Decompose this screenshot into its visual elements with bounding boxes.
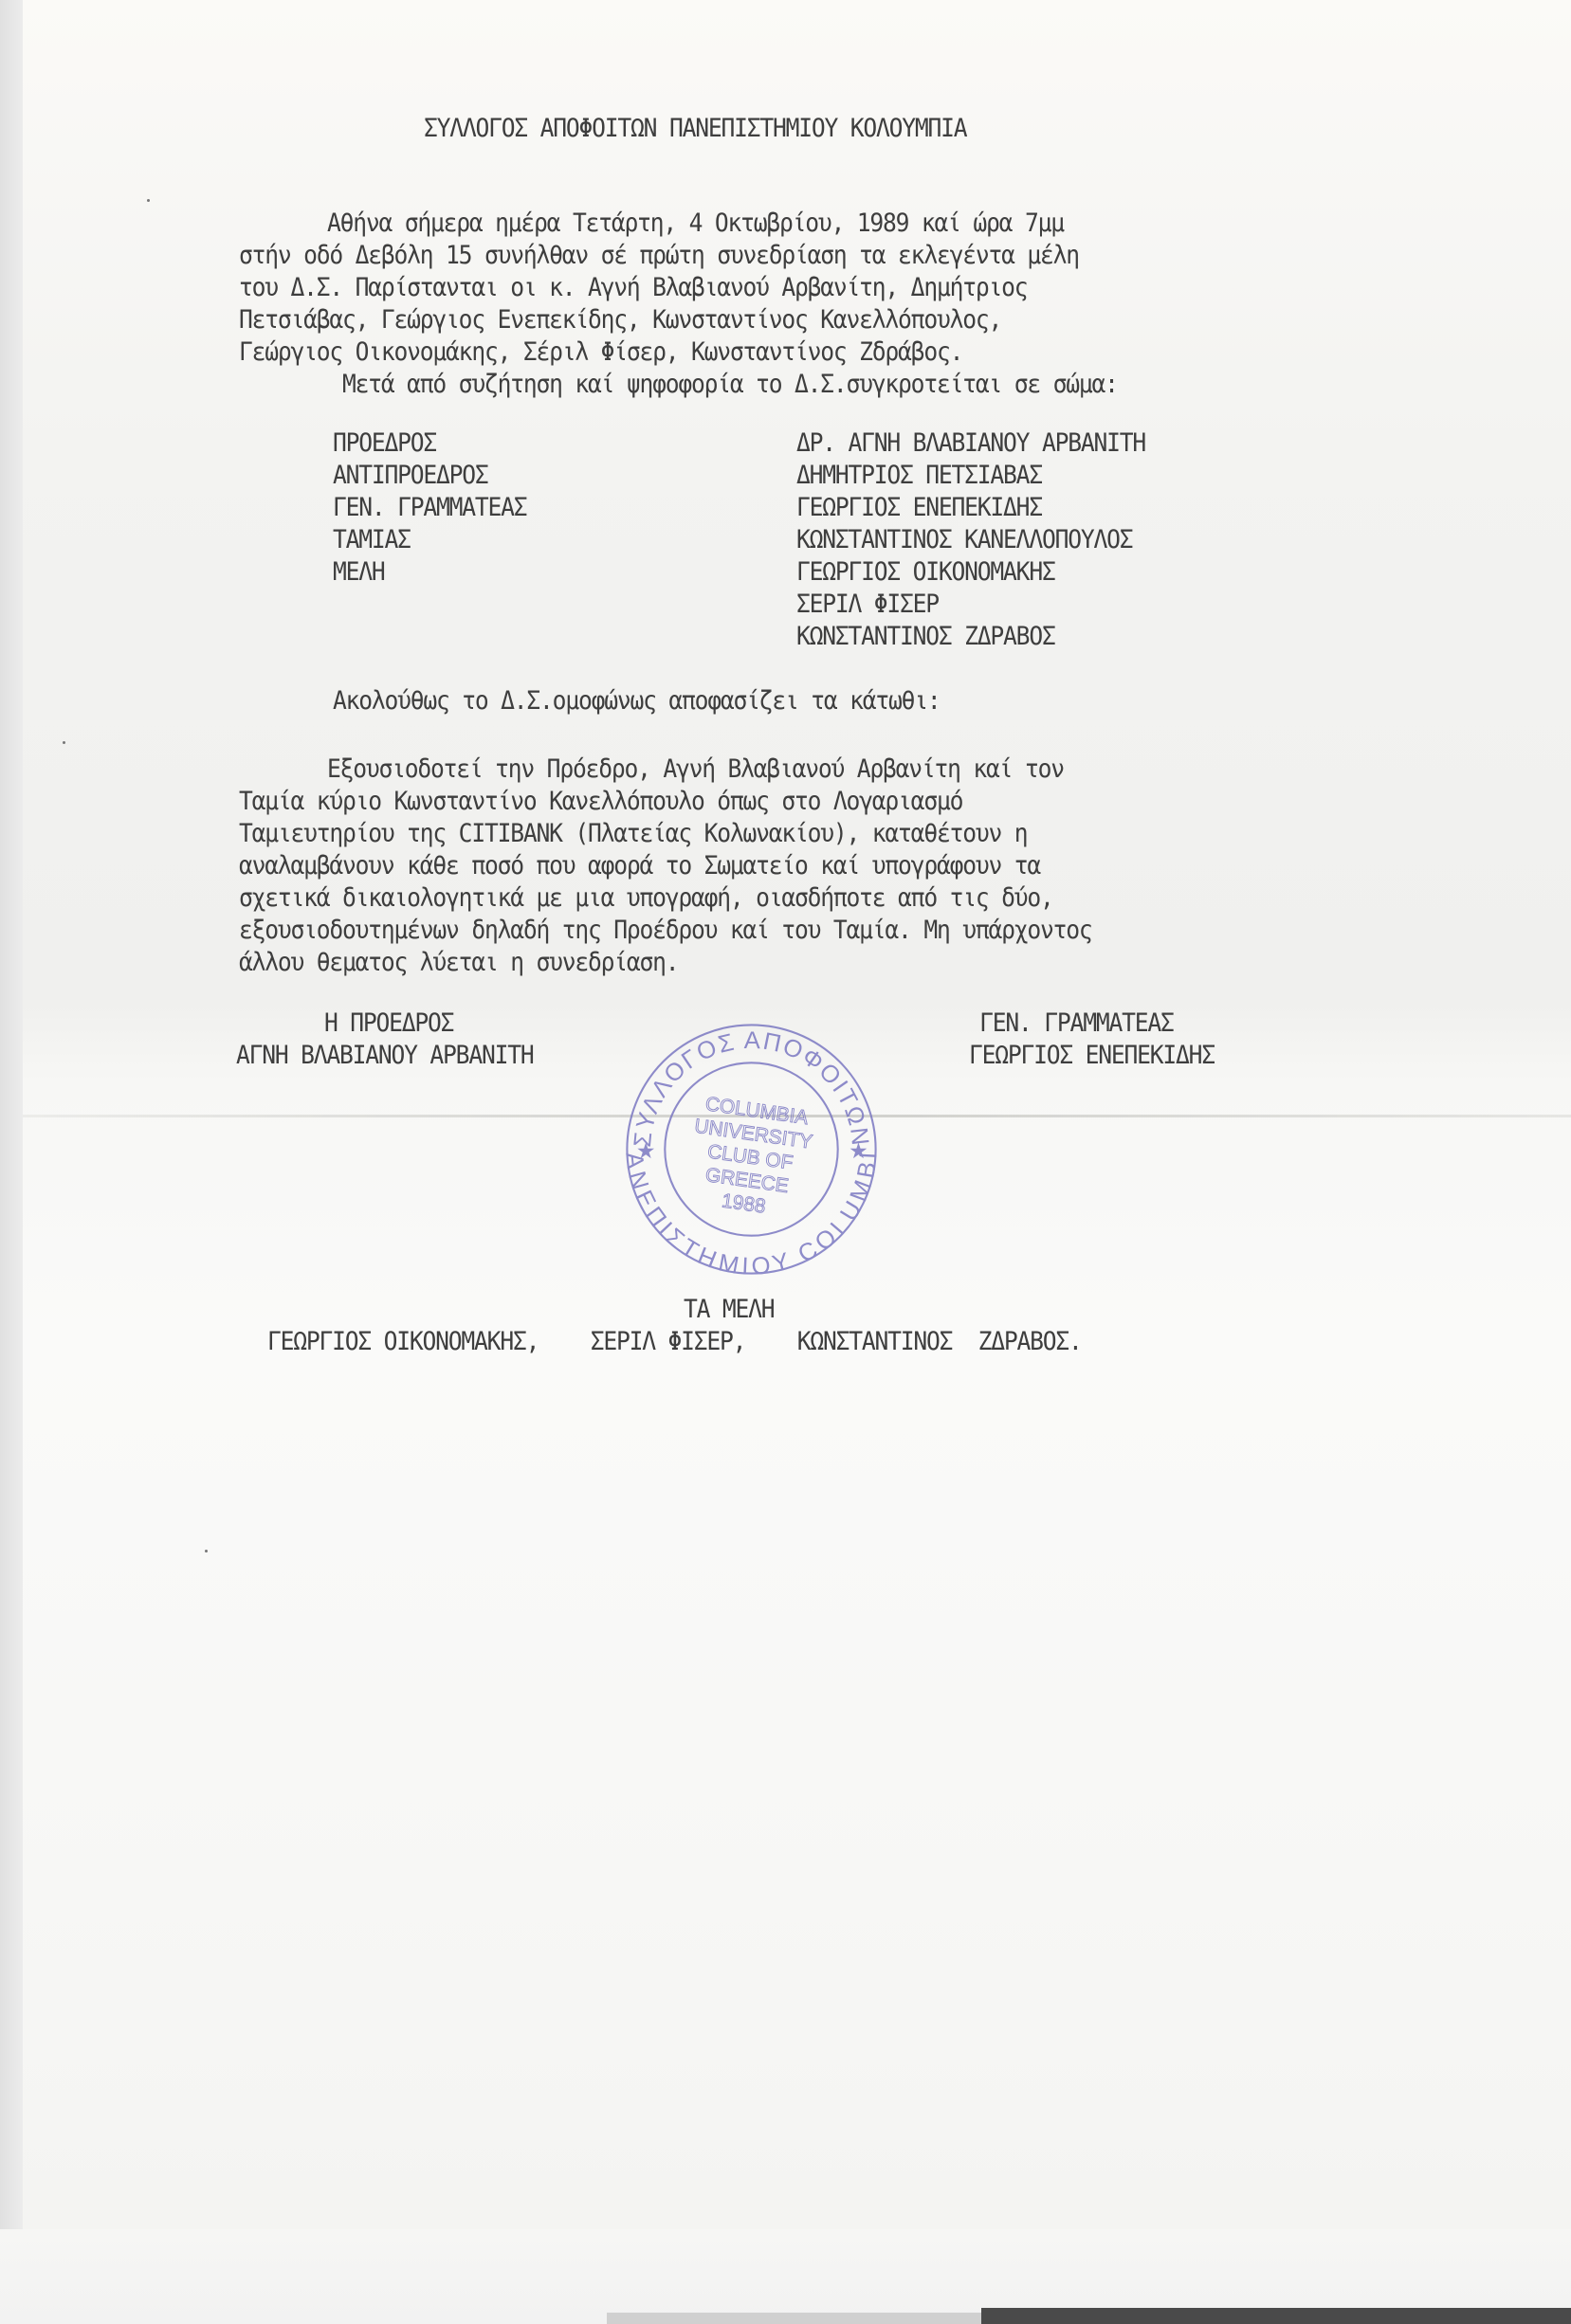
board-roles-column: ΠΡΟΕΔΡΟΣ ΑΝΤΙΠΡΟΕΔΡΟΣ ΓΕΝ. ΓΡΑΜΜΑΤΕΑΣ ΤΑ… [333, 428, 358, 605]
intro-paragraph: Αθήνα σήμερα ημέρα Τετάρτη, 4 Οκτωβρίου,… [239, 209, 265, 414]
star-icon: ★ [849, 1138, 868, 1163]
members-names: ΓΕΩΡΓΙΟΣ ΟΙΚΟΝΟΜΑΚΗΣ, ΣΕΡΙΛ ΦΙΣΕΡ, ΚΩΝΣΤ… [267, 1327, 1082, 1356]
intro-line: Μετά από συζήτηση καί ψηφοφορία το Δ.Σ.σ… [239, 370, 1118, 399]
paper-speck [63, 741, 65, 744]
association-stamp: ΣΥΛΛΟΓΟΣ ΑΠΟΦΟΙΤΩΝ ΠΑΝΕΠΙΣΤΗΜΙΟΥ COLUMBI… [616, 1014, 886, 1284]
document-title: ΣΥΛΛΟΓΟΣ ΑΠΟΦΟΙΤΩΝ ΠΑΝΕΠΙΣΤΗΜΙΟΥ ΚΟΛΟΥΜΠ… [424, 114, 966, 143]
intro-line: του Δ.Σ. Παρίστανται οι κ. Αγνή Βλαβιανο… [239, 273, 1027, 302]
board-role: ΜΕΛΗ [333, 557, 385, 587]
resolution-paragraph: Εξουσιοδοτεί την Πρόεδρο, Αγνή Βλαβιανού… [239, 754, 265, 990]
resolution-line: Ταμία κύριο Κωνσταντίνο Κανελλόπουλο όπω… [239, 787, 962, 816]
resolution-line: άλλου θεματος λύεται η συνεδρίαση. [239, 948, 678, 977]
board-member-name: ΓΕΩΡΓΙΟΣ ΕΝΕΠΕΚΙΔΗΣ [796, 493, 1042, 522]
secretary-signature-block: ΓΕΝ. ΓΡΑΜΜΑΤΕΑΣ ΓΕΩΡΓΙΟΣ ΕΝΕΠΕΚΙΔΗΣ [969, 1008, 995, 1097]
board-member-name: ΚΩΝΣΤΑΝΤΙΝΟΣ ΖΔΡΑΒΟΣ [796, 622, 1055, 651]
intro-line: Γεώργιος Οικονομάκης, Σέριλ Φίσερ, Κωνστ… [239, 337, 962, 367]
members-title: ΤΑ ΜΕΛΗ [684, 1295, 774, 1324]
resolution-line: Εξουσιοδοτεί την Πρόεδρο, Αγνή Βλαβιανού… [327, 754, 1064, 784]
board-member-name: ΚΩΝΣΤΑΝΤΙΝΟΣ ΚΑΝΕΛΛΟΠΟΥΛΟΣ [796, 525, 1132, 554]
intro-line: Πετσιάβας, Γεώργιος Ενεπεκίδης, Κωνσταντ… [239, 305, 1001, 335]
resolution-line: Ταμιευτηρίου της CITIBANK (Πλατείας Κολω… [239, 819, 1027, 848]
board-names-column: ΔΡ. ΑΓΝΗ ΒΛΑΒΙΑΝΟΥ ΑΡΒΑΝΙΤΗ ΔΗΜΗΤΡΙΟΣ ΠΕ… [796, 428, 822, 663]
board-member-name: ΓΕΩΡΓΙΟΣ ΟΙΚΟΝΟΜΑΚΗΣ [796, 557, 1055, 587]
president-name: ΑΓΝΗ ΒΛΑΒΙΑΝΟΥ ΑΡΒΑΝΙΤΗ [236, 1041, 533, 1070]
members-signature-block: ΤΑ ΜΕΛΗ ΓΕΩΡΓΙΟΣ ΟΙΚΟΝΟΜΑΚΗΣ, ΣΕΡΙΛ ΦΙΣΕ… [267, 1295, 293, 1383]
star-icon: ★ [636, 1138, 655, 1163]
scan-bottom-shadow [981, 2308, 1571, 2324]
board-member-name: ΔΗΜΗΤΡΙΟΣ ΠΕΤΣΙΑΒΑΣ [796, 461, 1042, 490]
board-member-name: ΔΡ. ΑΓΝΗ ΒΛΑΒΙΑΝΟΥ ΑΡΒΑΝΙΤΗ [796, 428, 1145, 458]
scanner-edge [0, 0, 23, 2324]
president-signature-block: Η ΠΡΟΕΔΡΟΣ ΑΓΝΗ ΒΛΑΒΙΑΝΟΥ ΑΡΒΑΝΙΤΗ [236, 1008, 262, 1097]
secretary-name: ΓΕΩΡΓΙΟΣ ΕΝΕΠΕΚΙΔΗΣ [969, 1041, 1215, 1070]
scan-bottom-edge [607, 2313, 981, 2324]
board-role: ΤΑΜΙΑΣ [333, 525, 411, 554]
secretary-title: ΓΕΝ. ΓΡΑΜΜΑΤΕΑΣ [979, 1008, 1173, 1038]
board-role: ΓΕΝ. ΓΡΑΜΜΑΤΕΑΣ [333, 493, 526, 522]
intro-line: Αθήνα σήμερα ημέρα Τετάρτη, 4 Οκτωβρίου,… [327, 209, 1064, 238]
board-role: ΑΝΤΙΠΡΟΕΔΡΟΣ [333, 461, 488, 490]
resolution-line: αναλαμβάνουν κάθε ποσό που αφορά το Σωμα… [239, 851, 1040, 881]
resolution-line: σχετικά δικαιολογητικά με μια υπογραφή, … [239, 883, 1053, 913]
board-member-name: ΣΕΡΙΛ ΦΙΣΕΡ [796, 590, 939, 619]
board-role: ΠΡΟΕΔΡΟΣ [333, 428, 436, 458]
resolution-heading: Ακολούθως το Δ.Σ.ομοφώνως αποφασίζει τα … [333, 686, 941, 716]
president-title: Η ΠΡΟΕΔΡΟΣ [324, 1008, 453, 1038]
paper-speck [205, 1550, 208, 1552]
intro-line: στήν οδό Δεβόλη 15 συνήλθαν σέ πρώτη συν… [239, 241, 1079, 270]
resolution-line: εξουσιοδουτημένων δηλαδή της Προέδρου κα… [239, 916, 1091, 945]
paper-speck [147, 199, 150, 202]
stamp-inner-line: 1988 [721, 1189, 767, 1217]
